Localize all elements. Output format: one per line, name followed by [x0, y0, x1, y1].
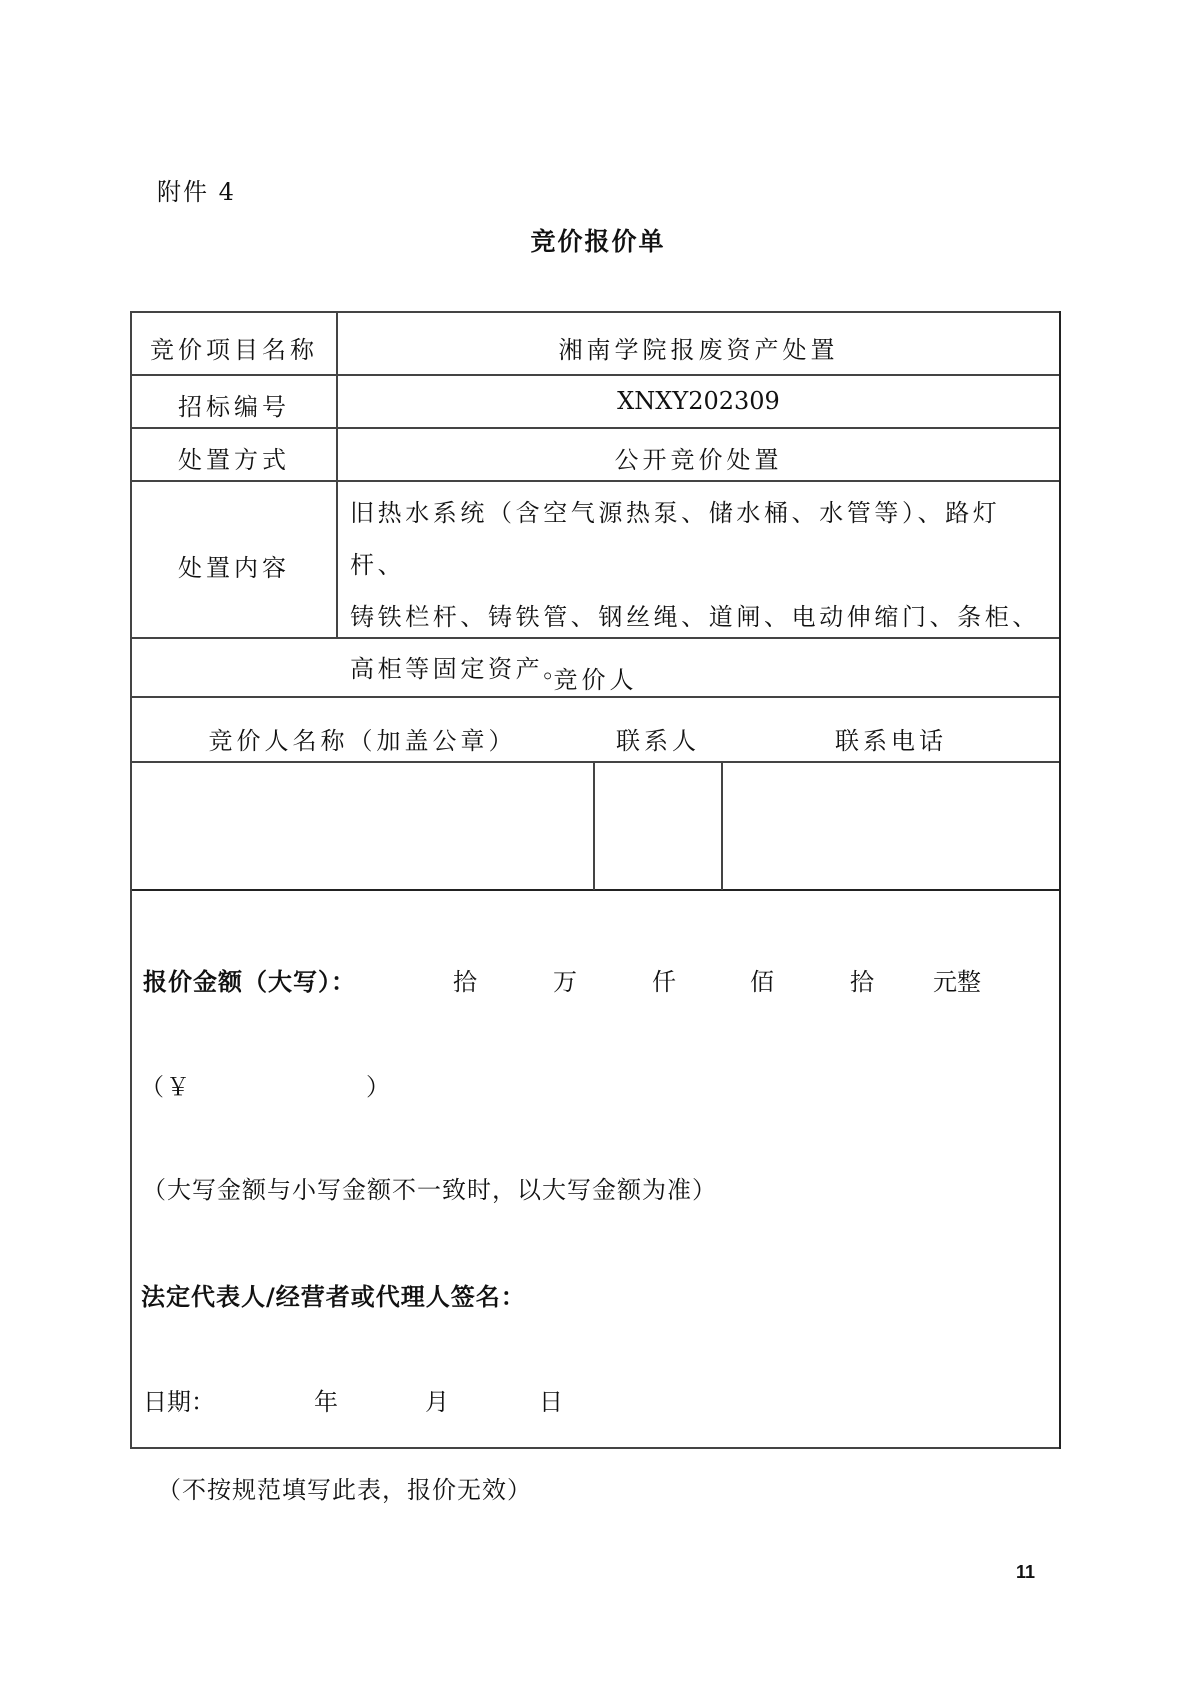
disposal-method-value: 公开竞价处置 [338, 440, 1059, 475]
table-row-divider [130, 374, 1061, 376]
disposal-method-label: 处置方式 [132, 440, 336, 475]
disposal-content-line: 铸铁栏杆、铸铁管、钢丝绳、道闸、电动伸缩门、条柜、 [350, 591, 1055, 643]
amount-unit-yuan: 元整 [933, 962, 981, 997]
date-unit-month: 月 [425, 1382, 449, 1417]
signature-label: 法定代表人/经营者或代理人签名： [141, 1277, 526, 1312]
date-unit-day: 日 [539, 1382, 563, 1417]
contact-person-header: 联系人 [595, 721, 721, 756]
date-label: 日期： [143, 1382, 215, 1417]
tender-number-value: XNXY202309 [338, 387, 1059, 415]
amount-note: （大写金额与小写金额不一致时，以大写金额为准） [142, 1170, 717, 1205]
bidder-name-field[interactable] [132, 763, 593, 889]
table-row-divider [130, 696, 1061, 698]
amount-unit-qian: 仟 [652, 962, 676, 997]
amount-label: 报价金额（大写）： [143, 962, 356, 997]
amount-numeric-field[interactable] [200, 1067, 360, 1097]
project-name-label: 竞价项目名称 [132, 330, 336, 365]
table-row-divider [130, 889, 1061, 891]
bidder-name-header: 竞价人名称（加盖公章） [132, 721, 593, 756]
page-title: 竞价报价单 [0, 222, 1191, 258]
contact-person-field[interactable] [595, 763, 721, 889]
table-row-divider [130, 480, 1061, 482]
table-border-bottom [130, 1447, 1061, 1449]
page-number: 11 [1016, 1562, 1035, 1583]
footer-note: （不按规范填写此表，报价无效） [157, 1470, 532, 1505]
disposal-content-label: 处置内容 [132, 548, 336, 583]
amount-unit-shi: 拾 [453, 962, 477, 997]
amount-unit-shi-2: 拾 [850, 962, 874, 997]
date-unit-year: 年 [314, 1382, 338, 1417]
amount-unit-bai: 佰 [750, 962, 774, 997]
tender-number-label: 招标编号 [132, 387, 336, 422]
attachment-label: 附件 4 [157, 172, 236, 207]
table-border-top [130, 311, 1061, 313]
disposal-content-line: 旧热水系统（含空气源热泵、储水桶、水管等）、路灯杆、 [350, 487, 1055, 591]
contact-phone-field[interactable] [723, 763, 1059, 889]
table-border-right [1059, 311, 1061, 1449]
table-row-divider [130, 427, 1061, 429]
project-name-value: 湘南学院报废资产处置 [338, 330, 1059, 365]
contact-phone-header: 联系电话 [723, 721, 1059, 756]
amount-numeric-open: （￥ [140, 1067, 192, 1102]
bidder-section-heading: 竞价人 [132, 660, 1059, 695]
amount-unit-wan: 万 [553, 962, 577, 997]
amount-numeric-close: ） [366, 1067, 392, 1102]
